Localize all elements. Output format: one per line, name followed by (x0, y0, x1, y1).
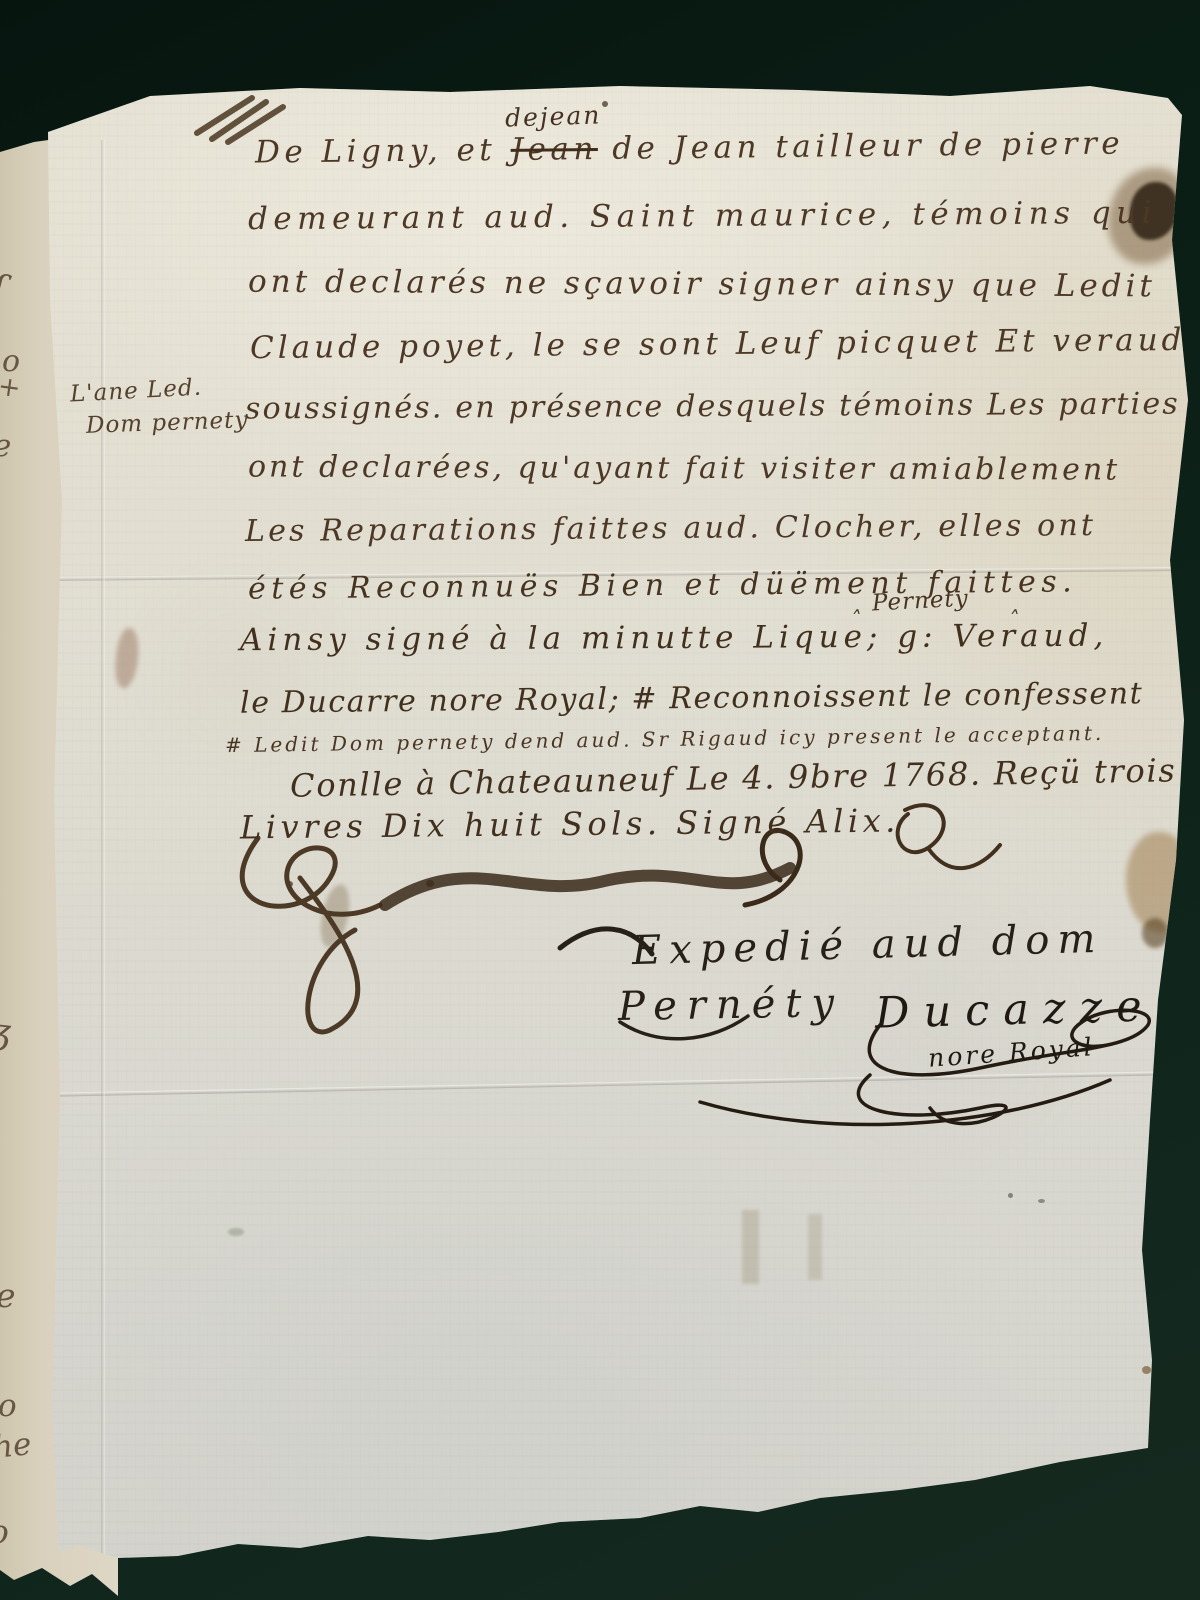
line-text: de Jean tailleur de pierre (598, 125, 1125, 167)
alix-paraph (898, 805, 1000, 868)
signature-title: nore Royal (927, 1032, 1095, 1073)
line-text: De Ligny, et (255, 132, 511, 171)
closing-line: Expedié aud dom (631, 916, 1103, 974)
ink-speck (286, 881, 293, 887)
ink-smear (316, 882, 355, 950)
body-line: Claude poyet, le se sont Leuf picquet Et… (250, 322, 1186, 366)
ink-speck (1142, 1366, 1151, 1374)
signature-ducazze: Ducazze (874, 981, 1156, 1038)
caret-insertion: Pernety (871, 585, 969, 616)
bleedthrough-mark (742, 1210, 759, 1284)
body-line: soussignés. en présence desquels témoins… (245, 387, 1180, 427)
ink-fragment: ʃ (0, 267, 8, 309)
flourish-loop (745, 830, 800, 905)
body-line: ont declarées, qu'ayant fait visiter ami… (248, 449, 1120, 487)
body-line: ont declarés ne sçavoir signer ainsy que… (248, 264, 1156, 305)
body-line: Les Reparations faittes aud. Clocher, el… (245, 508, 1096, 549)
body-line: De Ligny, et Jean de Jean tailleur de pi… (255, 125, 1124, 170)
ink-speck (602, 101, 608, 107)
vertical-fold-crease (101, 140, 105, 1560)
stain (1126, 832, 1192, 932)
stain (112, 627, 141, 689)
flourish-curl (242, 838, 380, 1032)
ink-speck (1008, 1193, 1013, 1198)
paper-texture (0, 0, 1200, 1600)
body-line: demeurant aud. Saint maurice, témoins qu… (248, 195, 1157, 237)
manuscript-page: dejean De Ligny, et Jean de Jean tailleu… (0, 0, 1200, 1600)
ink-speck (1038, 1199, 1045, 1203)
stain (228, 1228, 244, 1236)
horizontal-fold-crease (50, 1071, 1170, 1097)
ink-speck (426, 880, 434, 887)
ink-fragment: o (0, 1388, 17, 1424)
photo-background: ʃ o + e ʒ e o he o (0, 0, 1200, 1600)
body-line: Livres Dix huit Sols. Signé Alix. (240, 802, 900, 847)
stain (1142, 918, 1168, 948)
margin-note: Dom pernety (86, 407, 249, 439)
body-line: Conlle à Chateauneuf Le 4. 9bre 1768. Re… (290, 751, 1177, 804)
closing-line: Pernéty (618, 980, 845, 1030)
body-line: Ainsy signé à la minutte Lique; g: Verau… (240, 618, 1108, 659)
body-line: le Ducarre nore Royal; # Reconnoissent l… (240, 676, 1144, 720)
ink-fragment: ʒ (0, 1011, 13, 1053)
pen-flourishes (0, 0, 1200, 1600)
ink-fragment: e (0, 428, 11, 464)
bleedthrough-mark (808, 1214, 822, 1280)
ink-fragment: + (0, 371, 23, 405)
margin-note: L'ane Led. (69, 375, 202, 408)
ink-fragment: o (0, 1512, 9, 1551)
interline-note: # Ledit Dom pernety dend aud. Sr Rigaud … (225, 721, 1105, 757)
flourish-swash (385, 868, 790, 905)
ink-fragment: e (0, 1276, 16, 1315)
struck-word: Jean (510, 131, 598, 168)
interline-insertion: dejean (505, 100, 602, 132)
ink-fragment: he (0, 1426, 33, 1466)
